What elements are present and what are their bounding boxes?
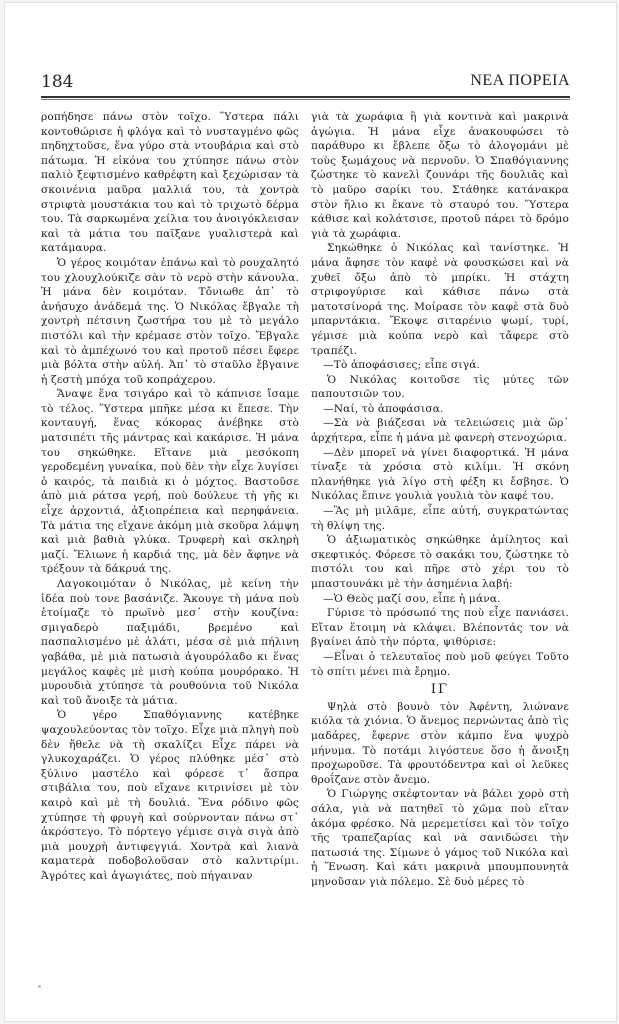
running-header: 184 ΝΕΑ ΠΟΡΕΙΑ (41, 70, 570, 94)
paragraph: Γύρισε τὸ πρόσωπό της ποὺ εἶχε πανιάσει.… (311, 606, 569, 650)
dialogue-line: —Δὲν μπορεῖ νὰ γίνει διαφορτικά. Ἡ μάνα … (311, 446, 569, 504)
paragraph: Ὁ γέρος κοιμόταν ἐπάνω καὶ τὸ ρουχαλητό … (41, 256, 299, 387)
paragraph: Ὁ γέρο Σπαθόγιαννης κατέβηκε ψαχουλεύοντ… (41, 708, 299, 883)
paragraph: Λαγοκοιμόταν ὁ Νικόλας, μὲ κείνη τὴν ἰδέ… (41, 577, 299, 708)
dialogue-line: —Σὰ νὰ βιάζεσαι νὰ τελειώσεις μιὰ ὥρ᾽ ἀρ… (311, 416, 569, 445)
paragraph: ροπήδησε πάνω στὸν τοῖχο. Ὕστερα πάλι κο… (41, 110, 299, 256)
paragraph: Ὁ Γιώργης σκέφτονταν νὰ βάλει χορὸ στὴ σ… (311, 787, 569, 889)
header-rule-thin (41, 99, 570, 100)
section-heading: ΙΓ (311, 683, 569, 698)
dialogue-line: —Εἶναι ὁ τελευταῖος ποὺ μοῦ φεύγει Τοῦτο… (311, 650, 569, 679)
dialogue-line: —Ναί, τὸ ἀποφάσισα. (311, 402, 569, 417)
scan-speck (38, 985, 41, 988)
paragraph: Ψηλὰ στὸ βουνὸ τὸν Ἀφέντη, λιώνανε κιόλα… (311, 700, 569, 788)
dialogue-line: —Τὸ ἀποφάσισες; εἶπε σιγά. (311, 358, 569, 373)
journal-title: ΝΕΑ ΠΟΡΕΙΑ (470, 72, 570, 90)
paragraph: γιὰ τὰ χωράφια ἢ γιὰ κοντινὰ καὶ μακρινὰ… (311, 110, 569, 241)
paragraph: Ἄναψε ἕνα τσιγάρο καὶ τὸ κάπνισε ἴσαμε τ… (41, 387, 299, 577)
header-rule (41, 96, 570, 98)
paragraph: Ὁ ἀξιωματικὸς σηκώθηκε ἀμίλητος καὶ σκεφ… (311, 533, 569, 591)
dialogue-line: —Ὁ Θεὸς μαζί σου, εἶπε ἡ μάνα. (311, 592, 569, 607)
page-number: 184 (41, 72, 73, 92)
left-column: ροπήδησε πάνω στὸν τοῖχο. Ὕστερα πάλι κο… (41, 110, 299, 883)
paragraph: Σηκώθηκε ὁ Νικόλας καὶ τανίστηκε. Ἡ μάνα… (311, 241, 569, 358)
paragraph: Ὁ Νικόλας κοιτοῦσε τὶς μύτες τῶν παπουτσ… (311, 373, 569, 402)
dialogue-line: —Ἂς μὴ μιλᾶμε, εἶπε αὐτή, συγκρατώντας τ… (311, 504, 569, 533)
right-column: γιὰ τὰ χωράφια ἢ γιὰ κοντινὰ καὶ μακρινὰ… (311, 110, 569, 889)
